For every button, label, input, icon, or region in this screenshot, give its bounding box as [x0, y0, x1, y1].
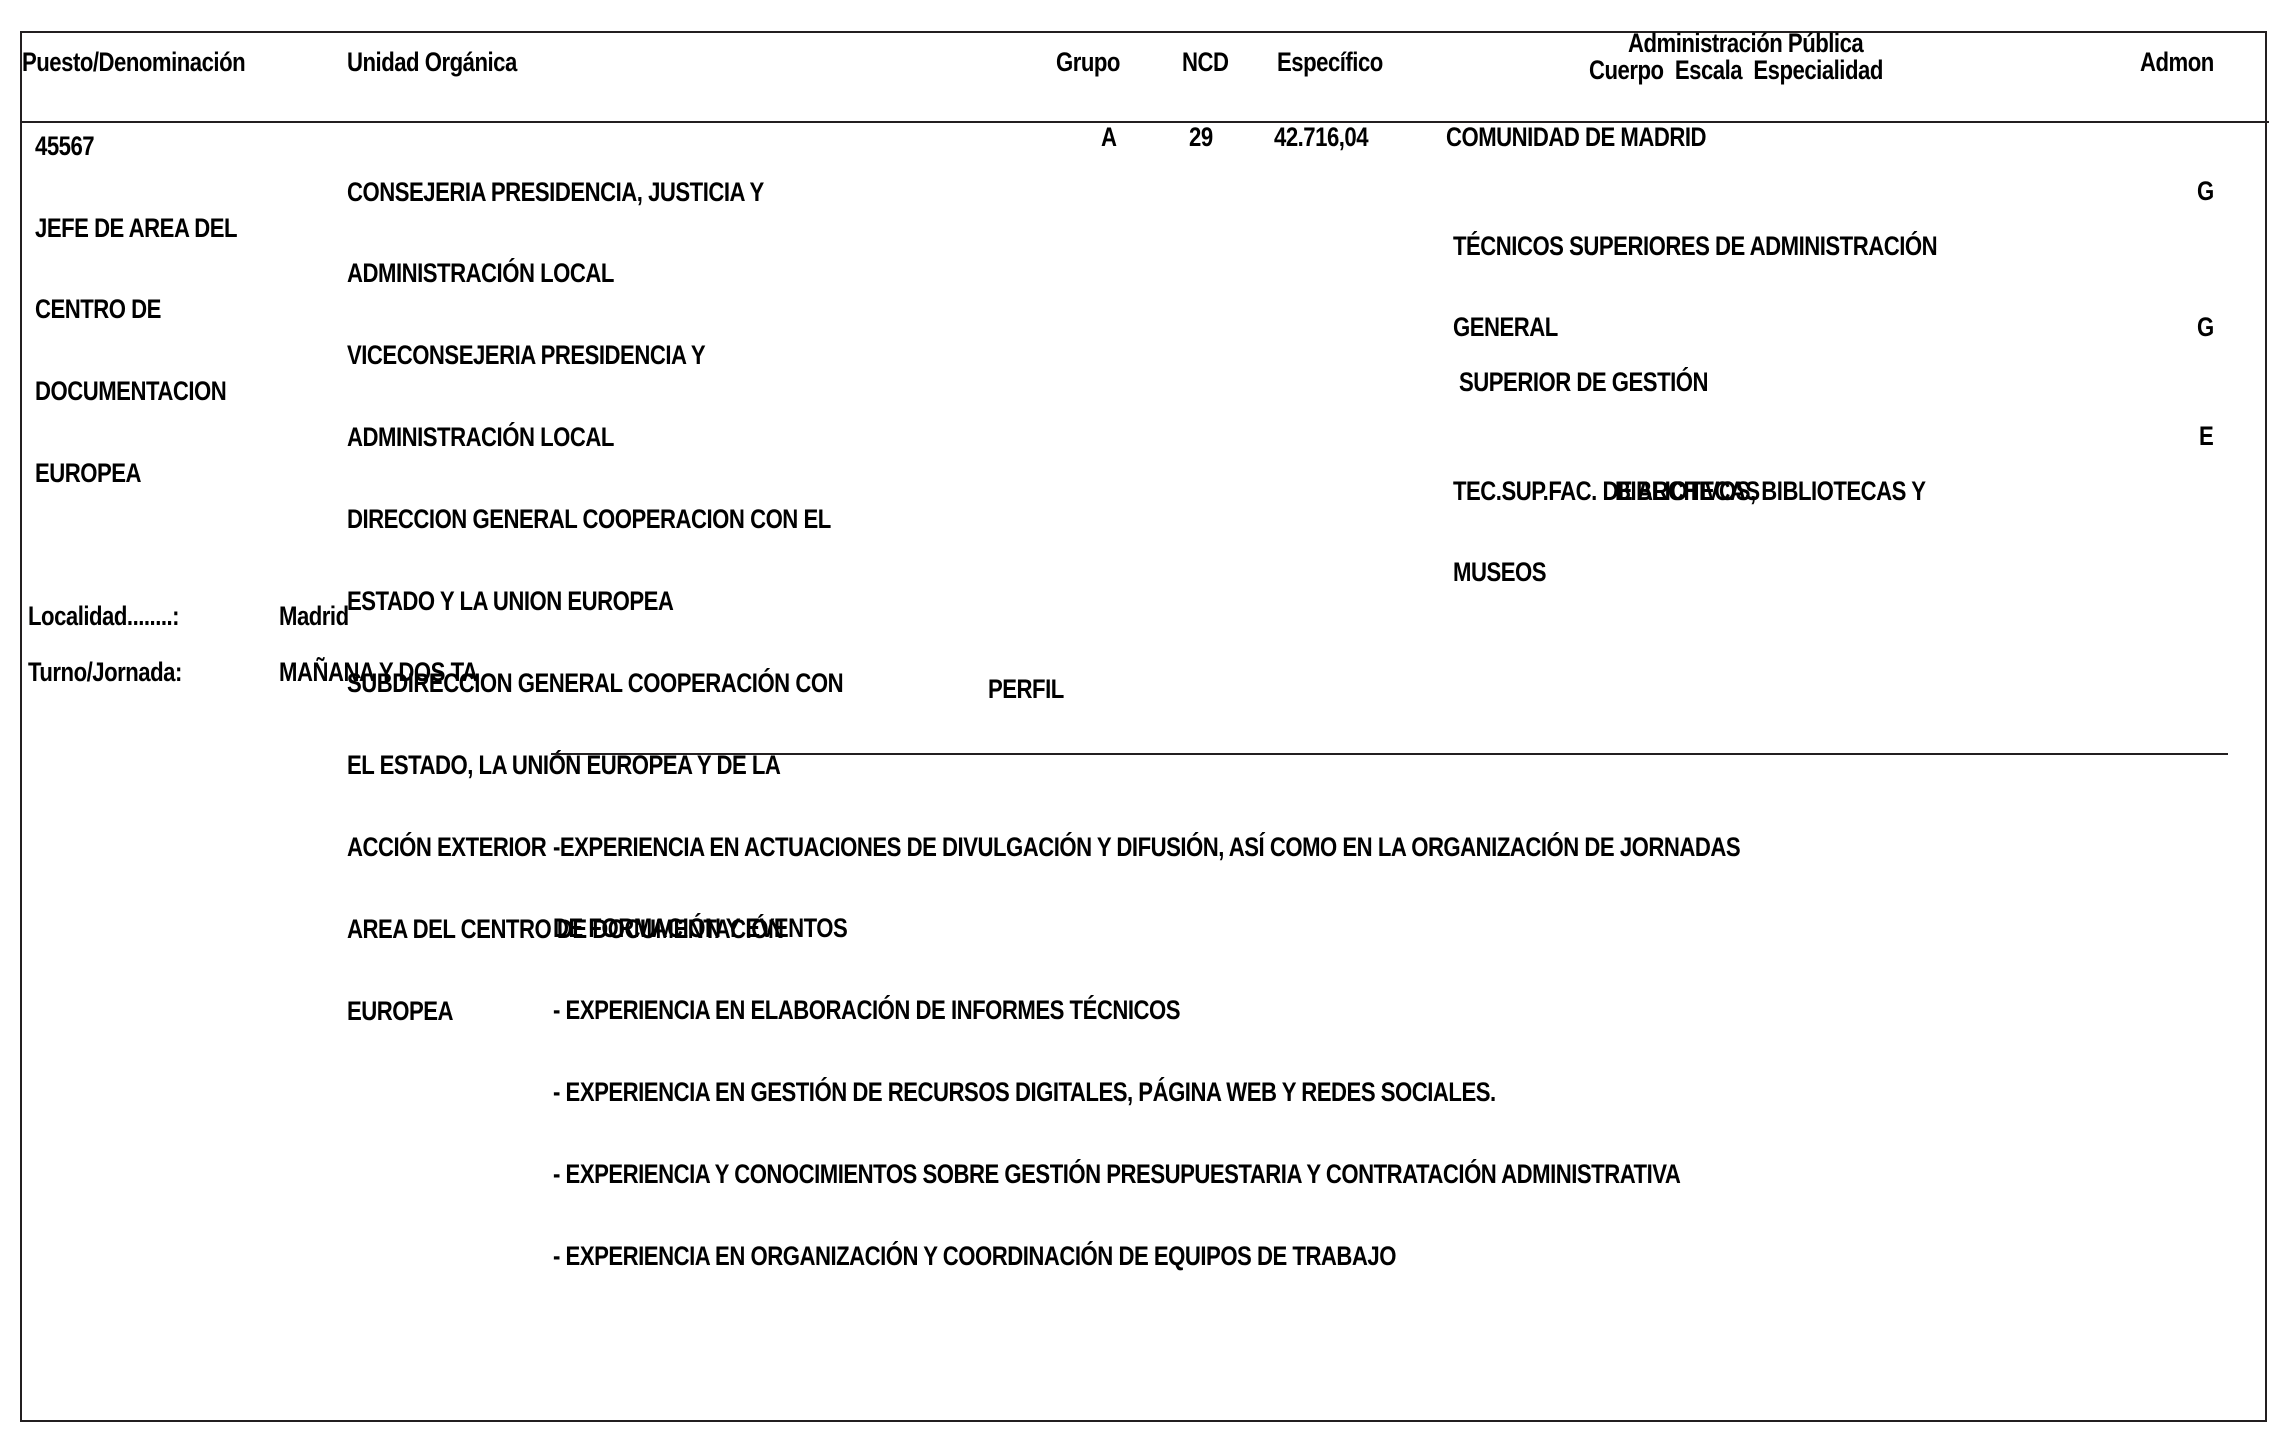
- header-puesto: Puesto/Denominación: [22, 49, 245, 76]
- perfil-line: -EXPERIENCIA EN ACTUACIONES DE DIVULGACI…: [553, 834, 1740, 861]
- header-grupo: Grupo: [1056, 49, 1120, 76]
- cuerpo-line: TÉCNICOS SUPERIORES DE ADMINISTRACIÓN: [1453, 233, 1937, 260]
- denomination-line: JEFE DE AREA DEL: [35, 215, 237, 242]
- denomination-line: DOCUMENTACION: [35, 378, 237, 405]
- perfil-separator: [551, 753, 2228, 755]
- header-admon: Admon: [2140, 49, 2214, 76]
- position-denomination: JEFE DE AREA DEL CENTRO DE DOCUMENTACION…: [35, 160, 237, 515]
- header-especifico: Específico: [1277, 49, 1383, 76]
- administracion-value: COMUNIDAD DE MADRID: [1446, 124, 1706, 151]
- perfil-line: - EXPERIENCIA EN GESTIÓN DE RECURSOS DIG…: [553, 1079, 1740, 1106]
- cuerpo-item: SUPERIOR DE GESTIÓN: [1459, 314, 1708, 423]
- denomination-line: EUROPEA: [35, 460, 237, 487]
- denomination-line: CENTRO DE: [35, 296, 237, 323]
- grupo-value: A: [1101, 124, 1117, 151]
- cuerpo-especialidad: BIBLIOTECAS: [1615, 478, 1760, 505]
- turno-value: MAÑANA Y DOS TA: [279, 659, 477, 686]
- cuerpo-line: SUPERIOR DE GESTIÓN: [1459, 369, 1708, 396]
- header-separator: [20, 121, 2269, 123]
- cuerpo-item: TEC.SUP.FAC. DE ARCHIVOS, BIBLIOTECAS Y …: [1453, 423, 1925, 614]
- localidad-value: Madrid: [279, 603, 349, 630]
- header-ncd: NCD: [1182, 49, 1228, 76]
- unidad-line: ADMINISTRACIÓN LOCAL: [347, 424, 843, 451]
- cuerpo-line: MUSEOS: [1453, 559, 1925, 586]
- localidad-label: Localidad........:: [28, 603, 179, 630]
- header-administracion-line2: Cuerpo Escala Especialidad: [1589, 57, 1883, 84]
- unidad-line: ADMINISTRACIÓN LOCAL: [347, 260, 843, 287]
- unidad-line: DIRECCION GENERAL COOPERACION CON EL: [347, 506, 843, 533]
- cuerpo-admon: G: [2197, 178, 2214, 205]
- perfil-text: -EXPERIENCIA EN ACTUACIONES DE DIVULGACI…: [553, 779, 1740, 1298]
- header-unidad: Unidad Orgánica: [347, 49, 517, 76]
- unidad-line: VICECONSEJERIA PRESIDENCIA Y: [347, 342, 843, 369]
- perfil-line: DE FORMACIÓN Y EVENTOS: [553, 915, 1740, 942]
- cuerpo-admon: G: [2197, 314, 2214, 341]
- especifico-value: 42.716,04: [1274, 124, 1368, 151]
- unidad-line: EL ESTADO, LA UNIÓN EUROPEA Y DE LA: [347, 752, 843, 779]
- perfil-title: PERFIL: [988, 676, 1064, 703]
- perfil-line: - EXPERIENCIA Y CONOCIMIENTOS SOBRE GEST…: [553, 1161, 1740, 1188]
- unidad-line: CONSEJERIA PRESIDENCIA, JUSTICIA Y: [347, 179, 843, 206]
- position-code: 45567: [35, 133, 94, 160]
- cuerpo-admon: E: [2199, 423, 2213, 450]
- unidad-line: ESTADO Y LA UNION EUROPEA: [347, 588, 843, 615]
- header-administracion-line1: Administración Pública: [1628, 30, 1863, 57]
- perfil-line: - EXPERIENCIA EN ORGANIZACIÓN Y COORDINA…: [553, 1243, 1740, 1270]
- perfil-line: - EXPERIENCIA EN ELABORACIÓN DE INFORMES…: [553, 997, 1740, 1024]
- turno-label: Turno/Jornada:: [28, 659, 182, 686]
- ncd-value: 29: [1189, 124, 1213, 151]
